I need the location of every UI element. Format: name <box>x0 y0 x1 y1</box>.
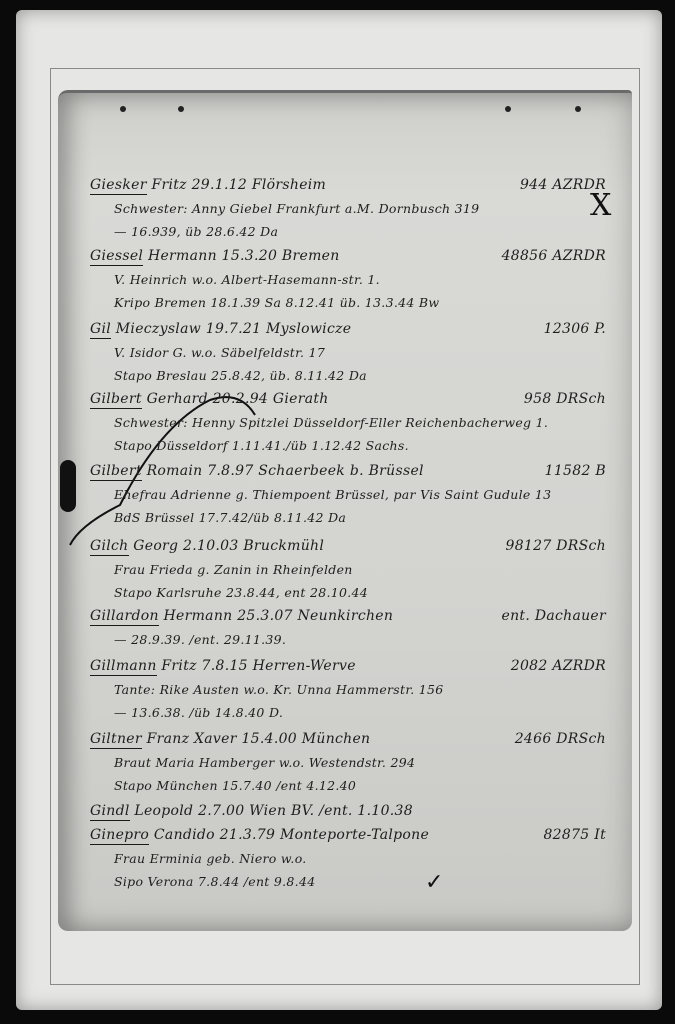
entry-detail-line: — 28.9.39. /ent. 29.11.39. <box>90 628 620 651</box>
record-entry: Giesker Fritz 29.1.12 Flörsheim944 AZRDR… <box>90 174 620 243</box>
surname: Giessel <box>90 248 143 266</box>
entry-heading: Giesker Fritz 29.1.12 Flörsheim944 AZRDR <box>90 174 620 197</box>
name-details: Gerhard 20.2.94 Gierath <box>142 391 329 407</box>
entry-detail-line: V. Isidor G. w.o. Säbelfeldstr. 17 <box>90 341 620 364</box>
surname: Gilch <box>90 538 129 556</box>
entry-heading: Gil Mieczyslaw 19.7.21 Myslowicze12306 P… <box>90 318 620 341</box>
record-entry: Gindl Leopold 2.7.00 Wien BV. /ent. 1.10… <box>90 800 620 823</box>
entry-detail-line: Frau Erminia geb. Niero w.o. <box>90 847 620 870</box>
record-entry: Giessel Hermann 15.3.20 Bremen48856 AZRD… <box>90 245 620 314</box>
entry-detail-line: Schwester: Henny Spitzlei Düsseldorf-Ell… <box>90 411 620 434</box>
record-entry: Gilch Georg 2.10.03 Bruckmühl98127 DRSch… <box>90 535 620 604</box>
surname: Gil <box>90 321 111 339</box>
surname: Gillardon <box>90 608 159 626</box>
record-entry: Giltner Franz Xaver 15.4.00 München2466 … <box>90 728 620 797</box>
entry-detail-line: Frau Frieda g. Zanin in Rheinfelden <box>90 558 620 581</box>
punch-hole <box>575 106 581 112</box>
entry-detail-line: V. Heinrich w.o. Albert-Hasemann-str. 1. <box>90 268 620 291</box>
entry-detail-line: Stapo Breslau 25.8.42, üb. 8.11.42 Da <box>90 364 620 387</box>
record-entry: Ginepro Candido 21.3.79 Monteporte-Talpo… <box>90 824 620 893</box>
name-details: Romain 7.8.97 Schaerbeek b. Brüssel <box>142 463 424 479</box>
surname: Gillmann <box>90 658 157 676</box>
surname: Gilbert <box>90 391 142 409</box>
name-details: Fritz 7.8.15 Herren-Werve <box>157 658 356 674</box>
entry-heading: Gilbert Romain 7.8.97 Schaerbeek b. Brüs… <box>90 460 620 483</box>
entry-detail-line: Ehefrau Adrienne g. Thiempoent Brüssel, … <box>90 483 620 506</box>
entry-detail-line: Sipo Verona 7.8.44 /ent 9.8.44 <box>90 870 620 893</box>
record-entry: Gillmann Fritz 7.8.15 Herren-Werve2082 A… <box>90 655 620 724</box>
entry-detail-line: Stapo München 15.7.40 /ent 4.12.40 <box>90 774 620 797</box>
surname: Giltner <box>90 731 142 749</box>
entry-detail-line: Schwester: Anny Giebel Frankfurt a.M. Do… <box>90 197 620 220</box>
check-mark-icon: ✓ <box>425 870 443 895</box>
name-details: Mieczyslaw 19.7.21 Myslowicze <box>111 321 351 337</box>
name-details: Leopold 2.7.00 Wien BV. /ent. 1.10.38 <box>130 803 413 819</box>
entry-heading: Gilbert Gerhard 20.2.94 Gierath958 DRSch <box>90 388 620 411</box>
name-details: Franz Xaver 15.4.00 München <box>142 731 371 747</box>
surname: Gilbert <box>90 463 142 481</box>
entry-detail-line: Kripo Bremen 18.1.39 Sa 8.12.41 üb. 13.3… <box>90 291 620 314</box>
record-code: 958 DRSch <box>524 388 606 411</box>
punch-hole <box>505 106 511 112</box>
record-entry: Gil Mieczyslaw 19.7.21 Myslowicze12306 P… <box>90 318 620 387</box>
surname: Ginepro <box>90 827 149 845</box>
entry-heading: Ginepro Candido 21.3.79 Monteporte-Talpo… <box>90 824 620 847</box>
record-code: 2082 AZRDR <box>511 655 606 678</box>
record-entry: Gilbert Romain 7.8.97 Schaerbeek b. Brüs… <box>90 460 620 529</box>
record-code: 82875 It <box>543 824 606 847</box>
record-entry: Gilbert Gerhard 20.2.94 Gierath958 DRSch… <box>90 388 620 457</box>
name-details: Candido 21.3.79 Monteporte-Talpone <box>149 827 429 843</box>
entry-detail-line: Tante: Rike Austen w.o. Kr. Unna Hammers… <box>90 678 620 701</box>
entry-heading: Gillardon Hermann 25.3.07 Neunkirchenent… <box>90 605 620 628</box>
punch-hole <box>120 106 126 112</box>
entry-detail-line: — 16.939, üb 28.6.42 Da <box>90 220 620 243</box>
record-code: 12306 P. <box>544 318 606 341</box>
entry-detail-line: Stapo Karlsruhe 23.8.44, ent 28.10.44 <box>90 581 620 604</box>
entry-heading: Gillmann Fritz 7.8.15 Herren-Werve2082 A… <box>90 655 620 678</box>
entry-heading: Giltner Franz Xaver 15.4.00 München2466 … <box>90 728 620 751</box>
name-details: Hermann 15.3.20 Bremen <box>143 248 339 264</box>
record-code: 2466 DRSch <box>515 728 606 751</box>
entry-detail-line: BdS Brüssel 17.7.42/üb 8.11.42 Da <box>90 506 620 529</box>
entry-heading: Gilch Georg 2.10.03 Bruckmühl98127 DRSch <box>90 535 620 558</box>
record-code: 48856 AZRDR <box>502 245 606 268</box>
entry-heading: Giessel Hermann 15.3.20 Bremen48856 AZRD… <box>90 245 620 268</box>
record-code: 98127 DRSch <box>505 535 606 558</box>
surname: Gindl <box>90 803 130 821</box>
record-code: ent. Dachauer <box>502 605 607 628</box>
record-entry: Gillardon Hermann 25.3.07 Neunkirchenent… <box>90 605 620 651</box>
name-details: Georg 2.10.03 Bruckmühl <box>129 538 325 554</box>
entry-detail-line: Braut Maria Hamberger w.o. Westendstr. 2… <box>90 751 620 774</box>
cross-mark-icon: X <box>590 188 611 223</box>
entry-detail-line: Stapo Düsseldorf 1.11.41./üb 1.12.42 Sac… <box>90 434 620 457</box>
entry-detail-line: — 13.6.38. /üb 14.8.40 D. <box>90 701 620 724</box>
name-details: Hermann 25.3.07 Neunkirchen <box>159 608 393 624</box>
name-details: Fritz 29.1.12 Flörsheim <box>147 177 326 193</box>
surname: Giesker <box>90 177 147 195</box>
record-code: 11582 B <box>545 460 606 483</box>
entry-heading: Gindl Leopold 2.7.00 Wien BV. /ent. 1.10… <box>90 800 620 823</box>
punch-hole <box>178 106 184 112</box>
